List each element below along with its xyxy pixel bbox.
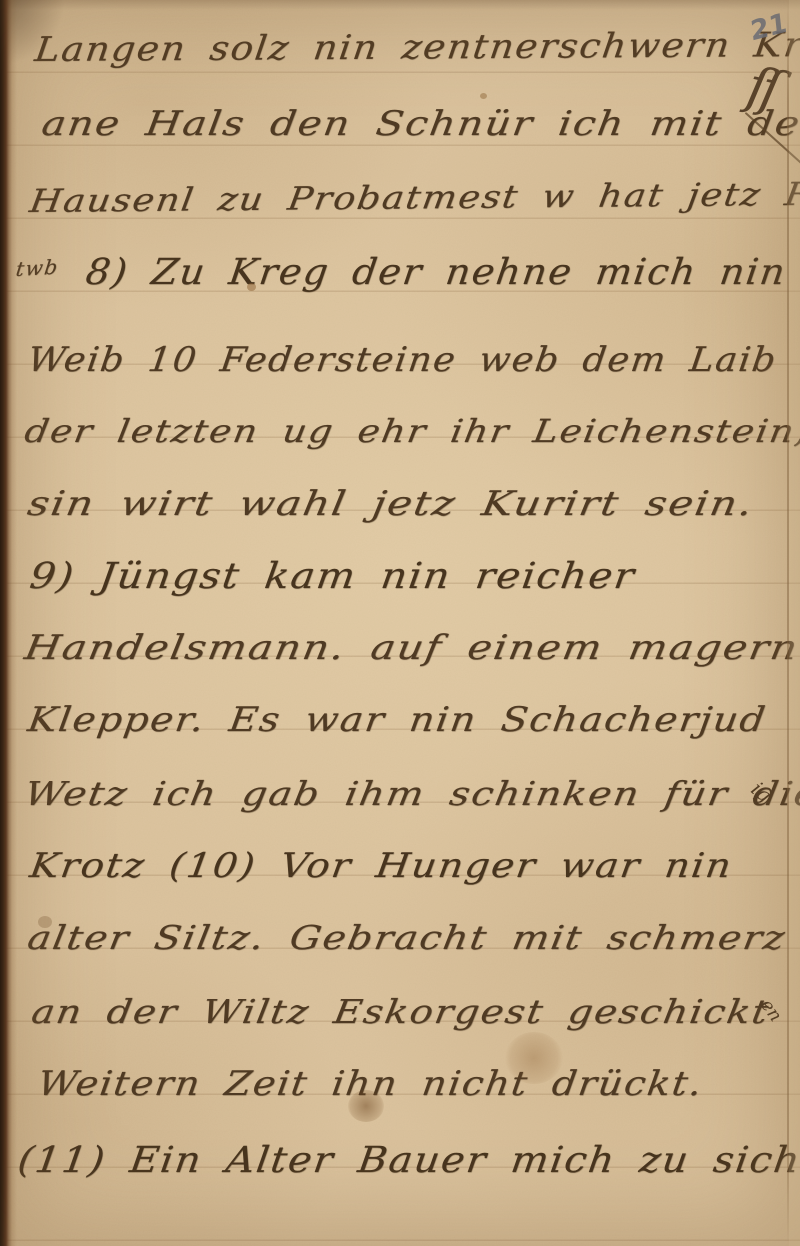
manuscript-line: Klepper. Es war nin Schacherjud (25, 700, 769, 740)
manuscript-line-section-10: Krotz (10) Vor Hunger war nin (27, 846, 735, 886)
manuscript-line-section-9: 9) Jüngst kam nin reicher (27, 556, 638, 597)
binding-edge (0, 0, 18, 1246)
manuscript-line: Weitern Zeit ihn nicht drückt. (35, 1064, 705, 1104)
manuscript-line-section-11: (11) Ein Alter Bauer mich zu sich (15, 1140, 800, 1181)
manuscript-line: an der Wiltz Eskorgest geschickt (29, 992, 773, 1031)
manuscript-line: Weib 10 Federsteine web dem Laib (25, 340, 779, 380)
manuscript-line: alter Siltz. Gebracht mit schmerz (25, 918, 789, 957)
manuscript-line: der letzten ug ehr ihr Leichenstein, (22, 412, 800, 450)
manuscript-line: Handelsmann. auf einem magern (22, 628, 800, 668)
manuscript-line: Langen solz nin zentnerschwern Krog (32, 25, 800, 70)
margin-note: twb (15, 255, 61, 281)
manuscript-page: Langen solz nin zentnerschwern Krog ane … (0, 0, 800, 1246)
manuscript-line: Hausenl zu Probatmest w hat jetz Rüh (27, 174, 800, 220)
manuscript-line: ane Hals den Schnür ich mit dem (39, 104, 800, 144)
manuscript-line-section-8: 8) Zu Kreg der nehne mich nin (83, 252, 788, 293)
manuscript-line: Wetz ich gab ihm schinken für die (22, 774, 800, 813)
manuscript-line: sin wirt wahl jetz Kurirt sein. (25, 484, 757, 524)
foxing-spot (480, 93, 487, 99)
page-edge (789, 0, 800, 1246)
